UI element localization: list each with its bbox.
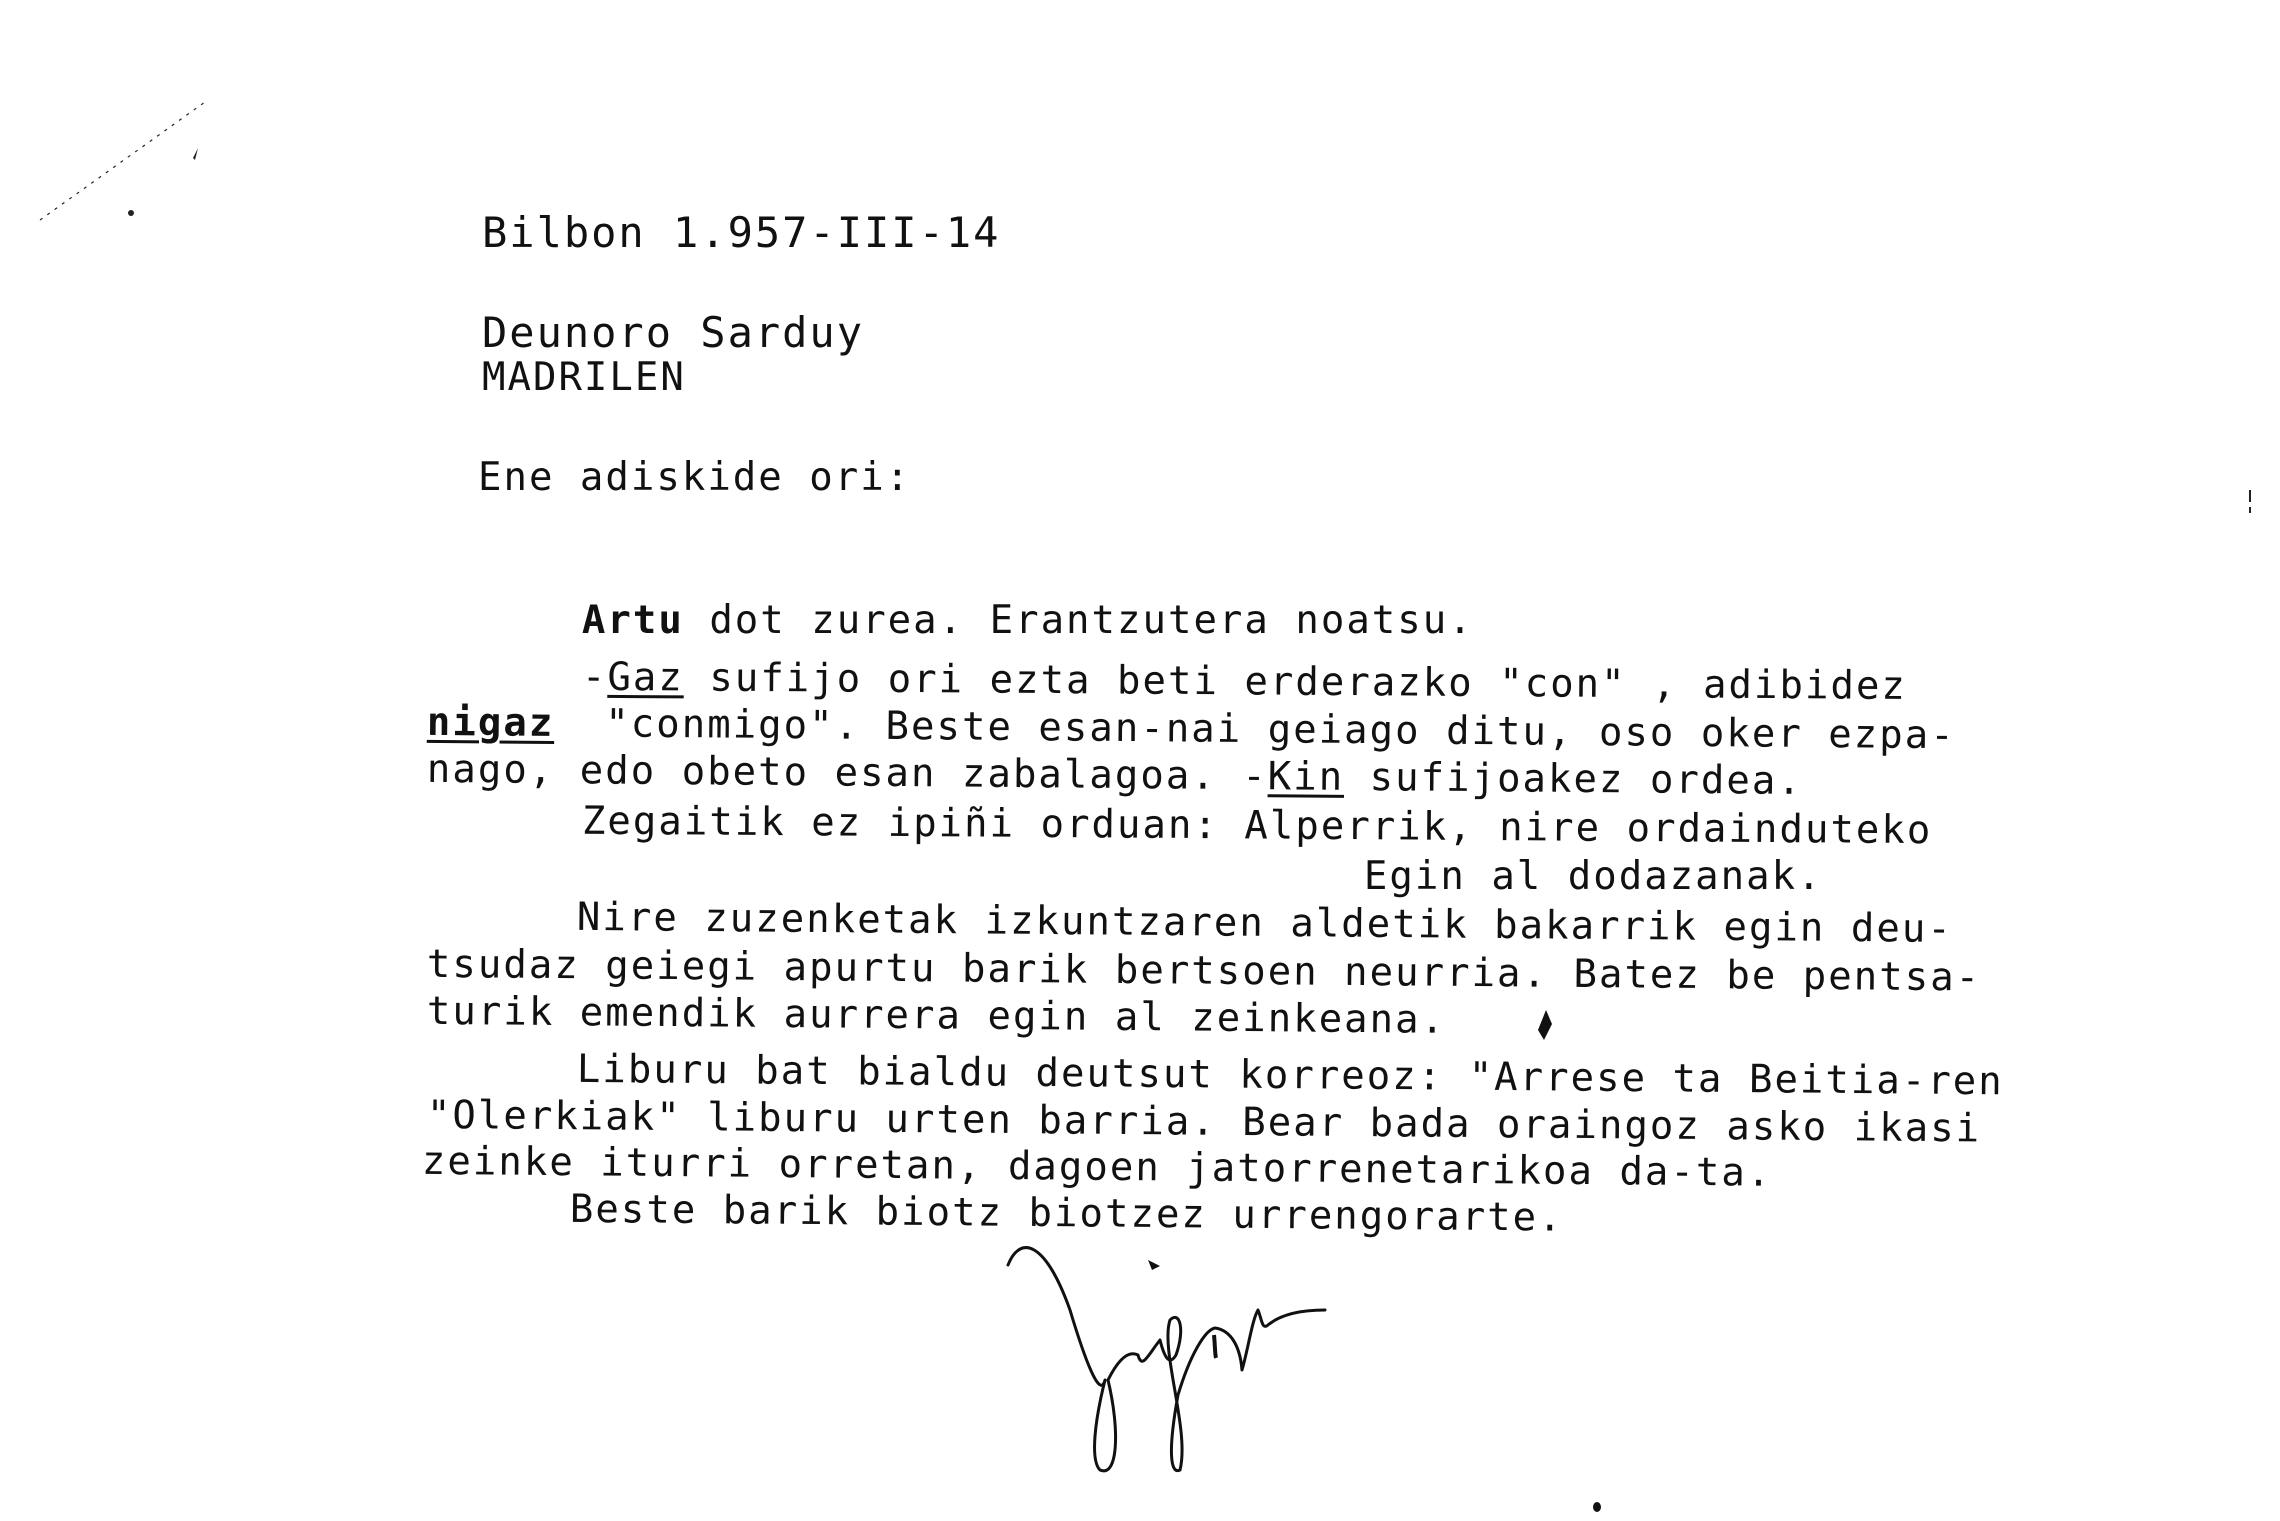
ink-blot <box>1532 1008 1556 1042</box>
place-date: Bilbon 1.957-III-14 <box>482 212 1000 254</box>
salutation: Ene adiskide ori: <box>478 458 911 497</box>
scan-mark-diagonal <box>0 40 260 240</box>
letter-page: Bilbon 1.957-III-14 Deunoro Sarduy MADRI… <box>0 0 2280 1521</box>
ink-dot <box>1590 1500 1604 1514</box>
signature-icon <box>1000 1230 1420 1490</box>
recipient-location: MADRILEN <box>482 358 686 397</box>
margin-tick <box>2248 490 2254 520</box>
recipient-name: Deunoro Sarduy <box>482 312 864 354</box>
